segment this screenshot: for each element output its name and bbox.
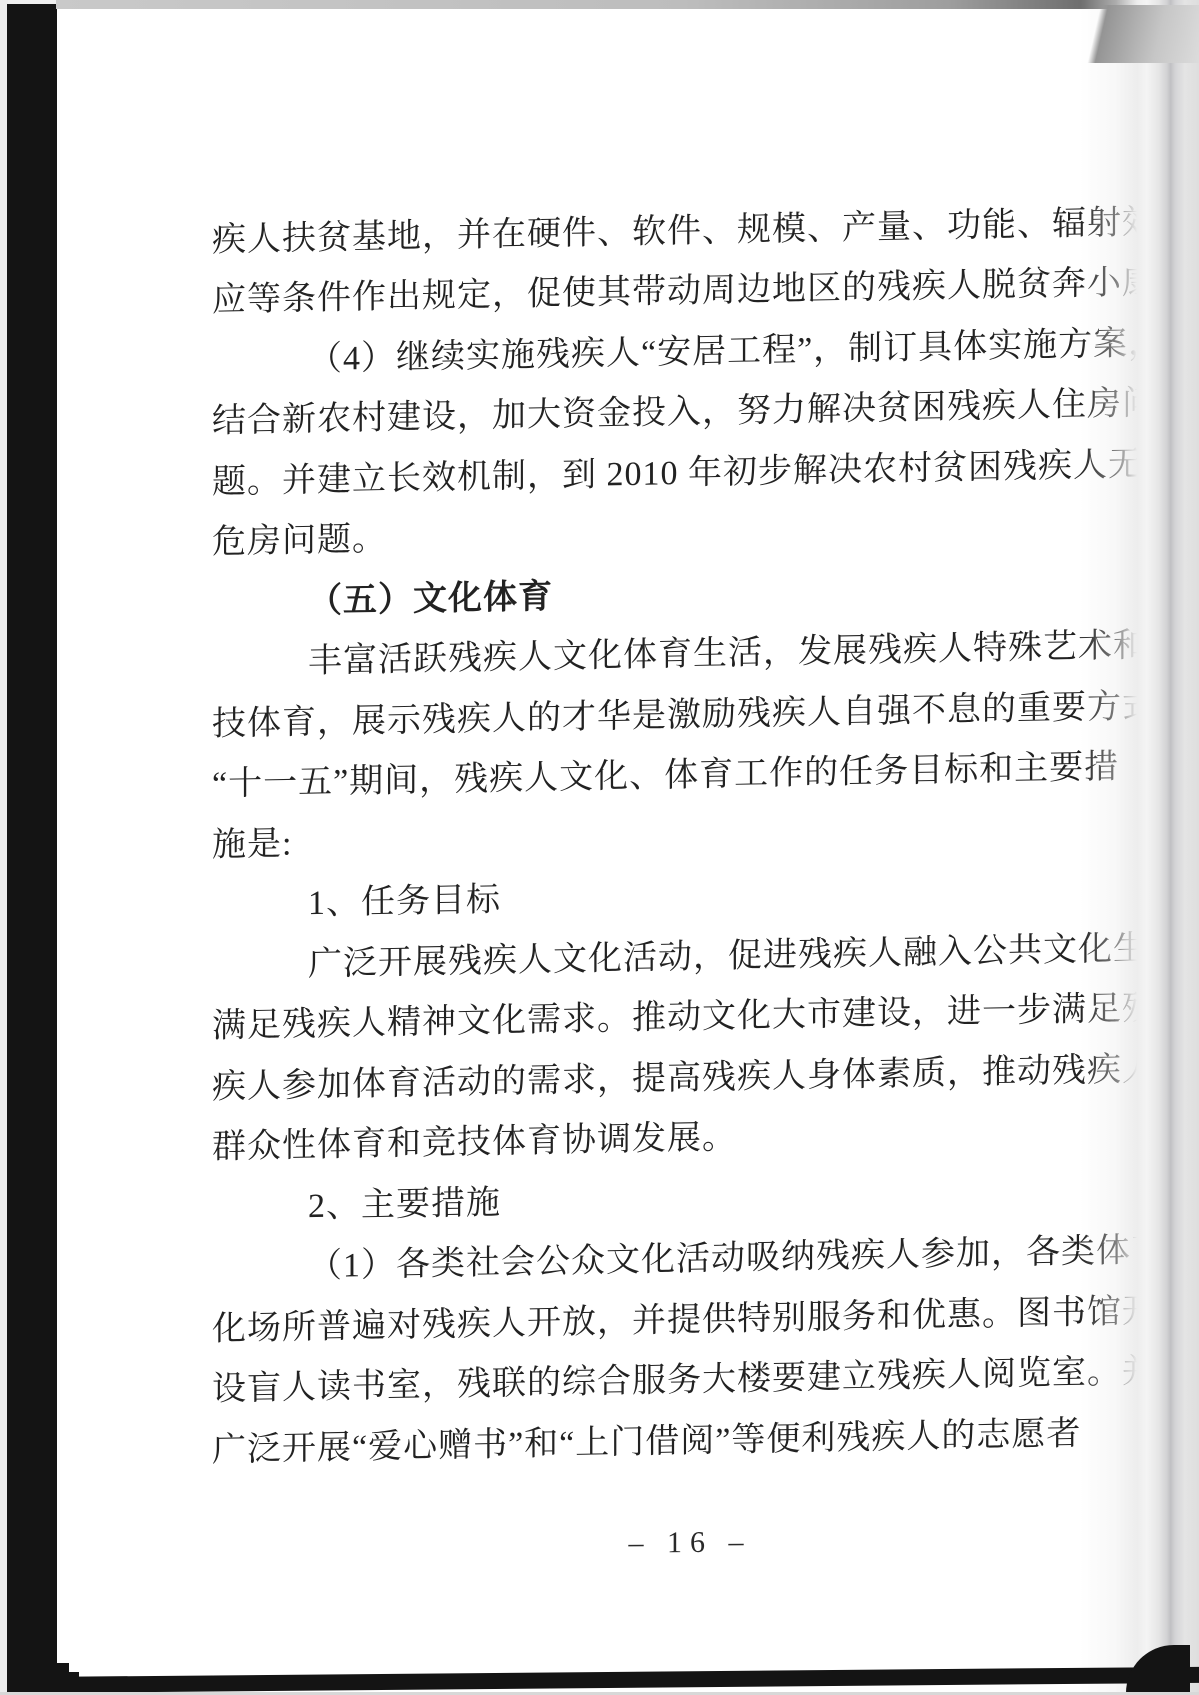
page-fold-wedge	[1020, 5, 1199, 63]
page-number: – 16 –	[575, 1525, 805, 1561]
scan-left-black-bar	[7, 4, 57, 1692]
scanned-page: 疾人扶贫基地，并在硬件、软件、规模、产量、功能、辐射效 应等条件作出规定，促使其…	[0, 0, 1199, 1695]
document-text: 疾人扶贫基地，并在硬件、软件、规模、产量、功能、辐射效 应等条件作出规定，促使其…	[212, 188, 1142, 1476]
